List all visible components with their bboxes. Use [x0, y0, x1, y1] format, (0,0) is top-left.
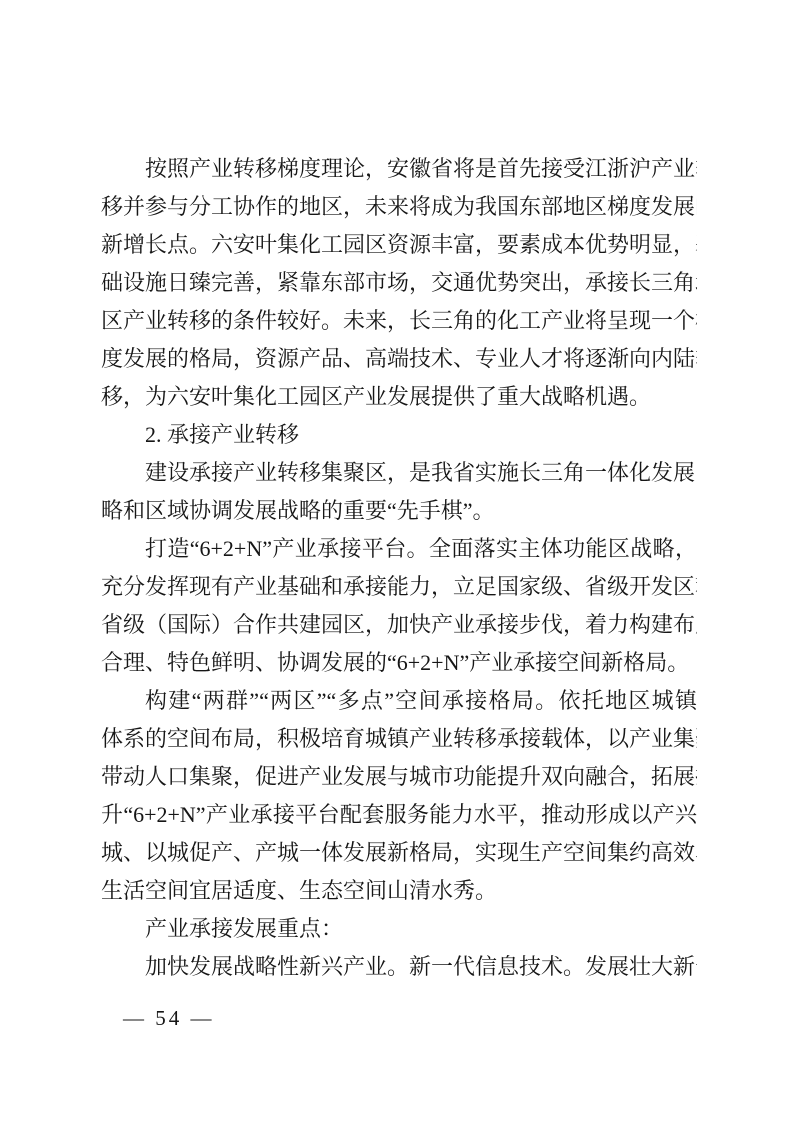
- paragraph: 打造“6+2+N”产业承接平台。全面落实主体功能区战略，充分发挥现有产业基础和承…: [101, 530, 697, 682]
- text-line: 充分发挥现有产业基础和承接能力，立足国家级、省级开发区和: [101, 568, 697, 606]
- text-line: 建设承接产业转移集聚区，是我省实施长三角一体化发展战: [101, 454, 697, 492]
- text-line: 按照产业转移梯度理论，安徽省将是首先接受江浙沪产业转: [101, 150, 697, 188]
- text-line: 础设施日臻完善，紧靠东部市场，交通优势突出，承接长三角地: [101, 264, 697, 302]
- text-line: 新增长点。六安叶集化工园区资源丰富，要素成本优势明显，基: [101, 226, 697, 264]
- document-page: 按照产业转移梯度理论，安徽省将是首先接受江浙沪产业转移并参与分工协作的地区，未来…: [0, 0, 794, 1122]
- page-footer: — 54 —: [123, 1003, 215, 1033]
- text-line: 打造“6+2+N”产业承接平台。全面落实主体功能区战略，: [101, 530, 697, 568]
- section-heading: 2. 承接产业转移: [101, 416, 697, 454]
- text-line: 移并参与分工协作的地区，未来将成为我国东部地区梯度发展的: [101, 188, 697, 226]
- text-line: 生活空间宜居适度、生态空间山清水秀。: [101, 872, 697, 910]
- text-line: 体系的空间布局，积极培育城镇产业转移承接载体，以产业集聚: [101, 720, 697, 758]
- text-line: 城、以城促产、产城一体发展新格局，实现生产空间集约高效、: [101, 834, 697, 872]
- text-line: 区产业转移的条件较好。未来，长三角的化工产业将呈现一个梯: [101, 302, 697, 340]
- paragraph: 按照产业转移梯度理论，安徽省将是首先接受江浙沪产业转移并参与分工协作的地区，未来…: [101, 150, 697, 416]
- paragraph: 产业承接发展重点：: [101, 910, 697, 948]
- paragraph: 构建“两群”“两区”“多点”空间承接格局。依托地区城镇体系的空间布局，积极培育城…: [101, 682, 697, 910]
- text-line: 升“6+2+N”产业承接平台配套服务能力水平，推动形成以产兴: [101, 796, 697, 834]
- text-line: 带动人口集聚，促进产业发展与城市功能提升双向融合，拓展提: [101, 758, 697, 796]
- paragraph: 建设承接产业转移集聚区，是我省实施长三角一体化发展战略和区域协调发展战略的重要“…: [101, 454, 697, 530]
- text-line: 2. 承接产业转移: [101, 416, 697, 454]
- text-line: 省级（国际）合作共建园区，加快产业承接步伐，着力构建布局: [101, 606, 697, 644]
- text-line: 产业承接发展重点：: [101, 910, 697, 948]
- text-line: 构建“两群”“两区”“多点”空间承接格局。依托地区城镇: [101, 682, 697, 720]
- paragraph: 加快发展战略性新兴产业。新一代信息技术。发展壮大新一: [101, 948, 697, 986]
- text-line: 度发展的格局，资源产品、高端技术、专业人才将逐渐向内陆转: [101, 340, 697, 378]
- text-line: 移，为六安叶集化工园区产业发展提供了重大战略机遇。: [101, 378, 697, 416]
- text-line: 加快发展战略性新兴产业。新一代信息技术。发展壮大新一: [101, 948, 697, 986]
- text-line: 合理、特色鲜明、协调发展的“6+2+N”产业承接空间新格局。: [101, 644, 697, 682]
- document-body: 按照产业转移梯度理论，安徽省将是首先接受江浙沪产业转移并参与分工协作的地区，未来…: [101, 150, 697, 986]
- text-line: 略和区域协调发展战略的重要“先手棋”。: [101, 492, 697, 530]
- page-number: — 54 —: [123, 1006, 215, 1030]
